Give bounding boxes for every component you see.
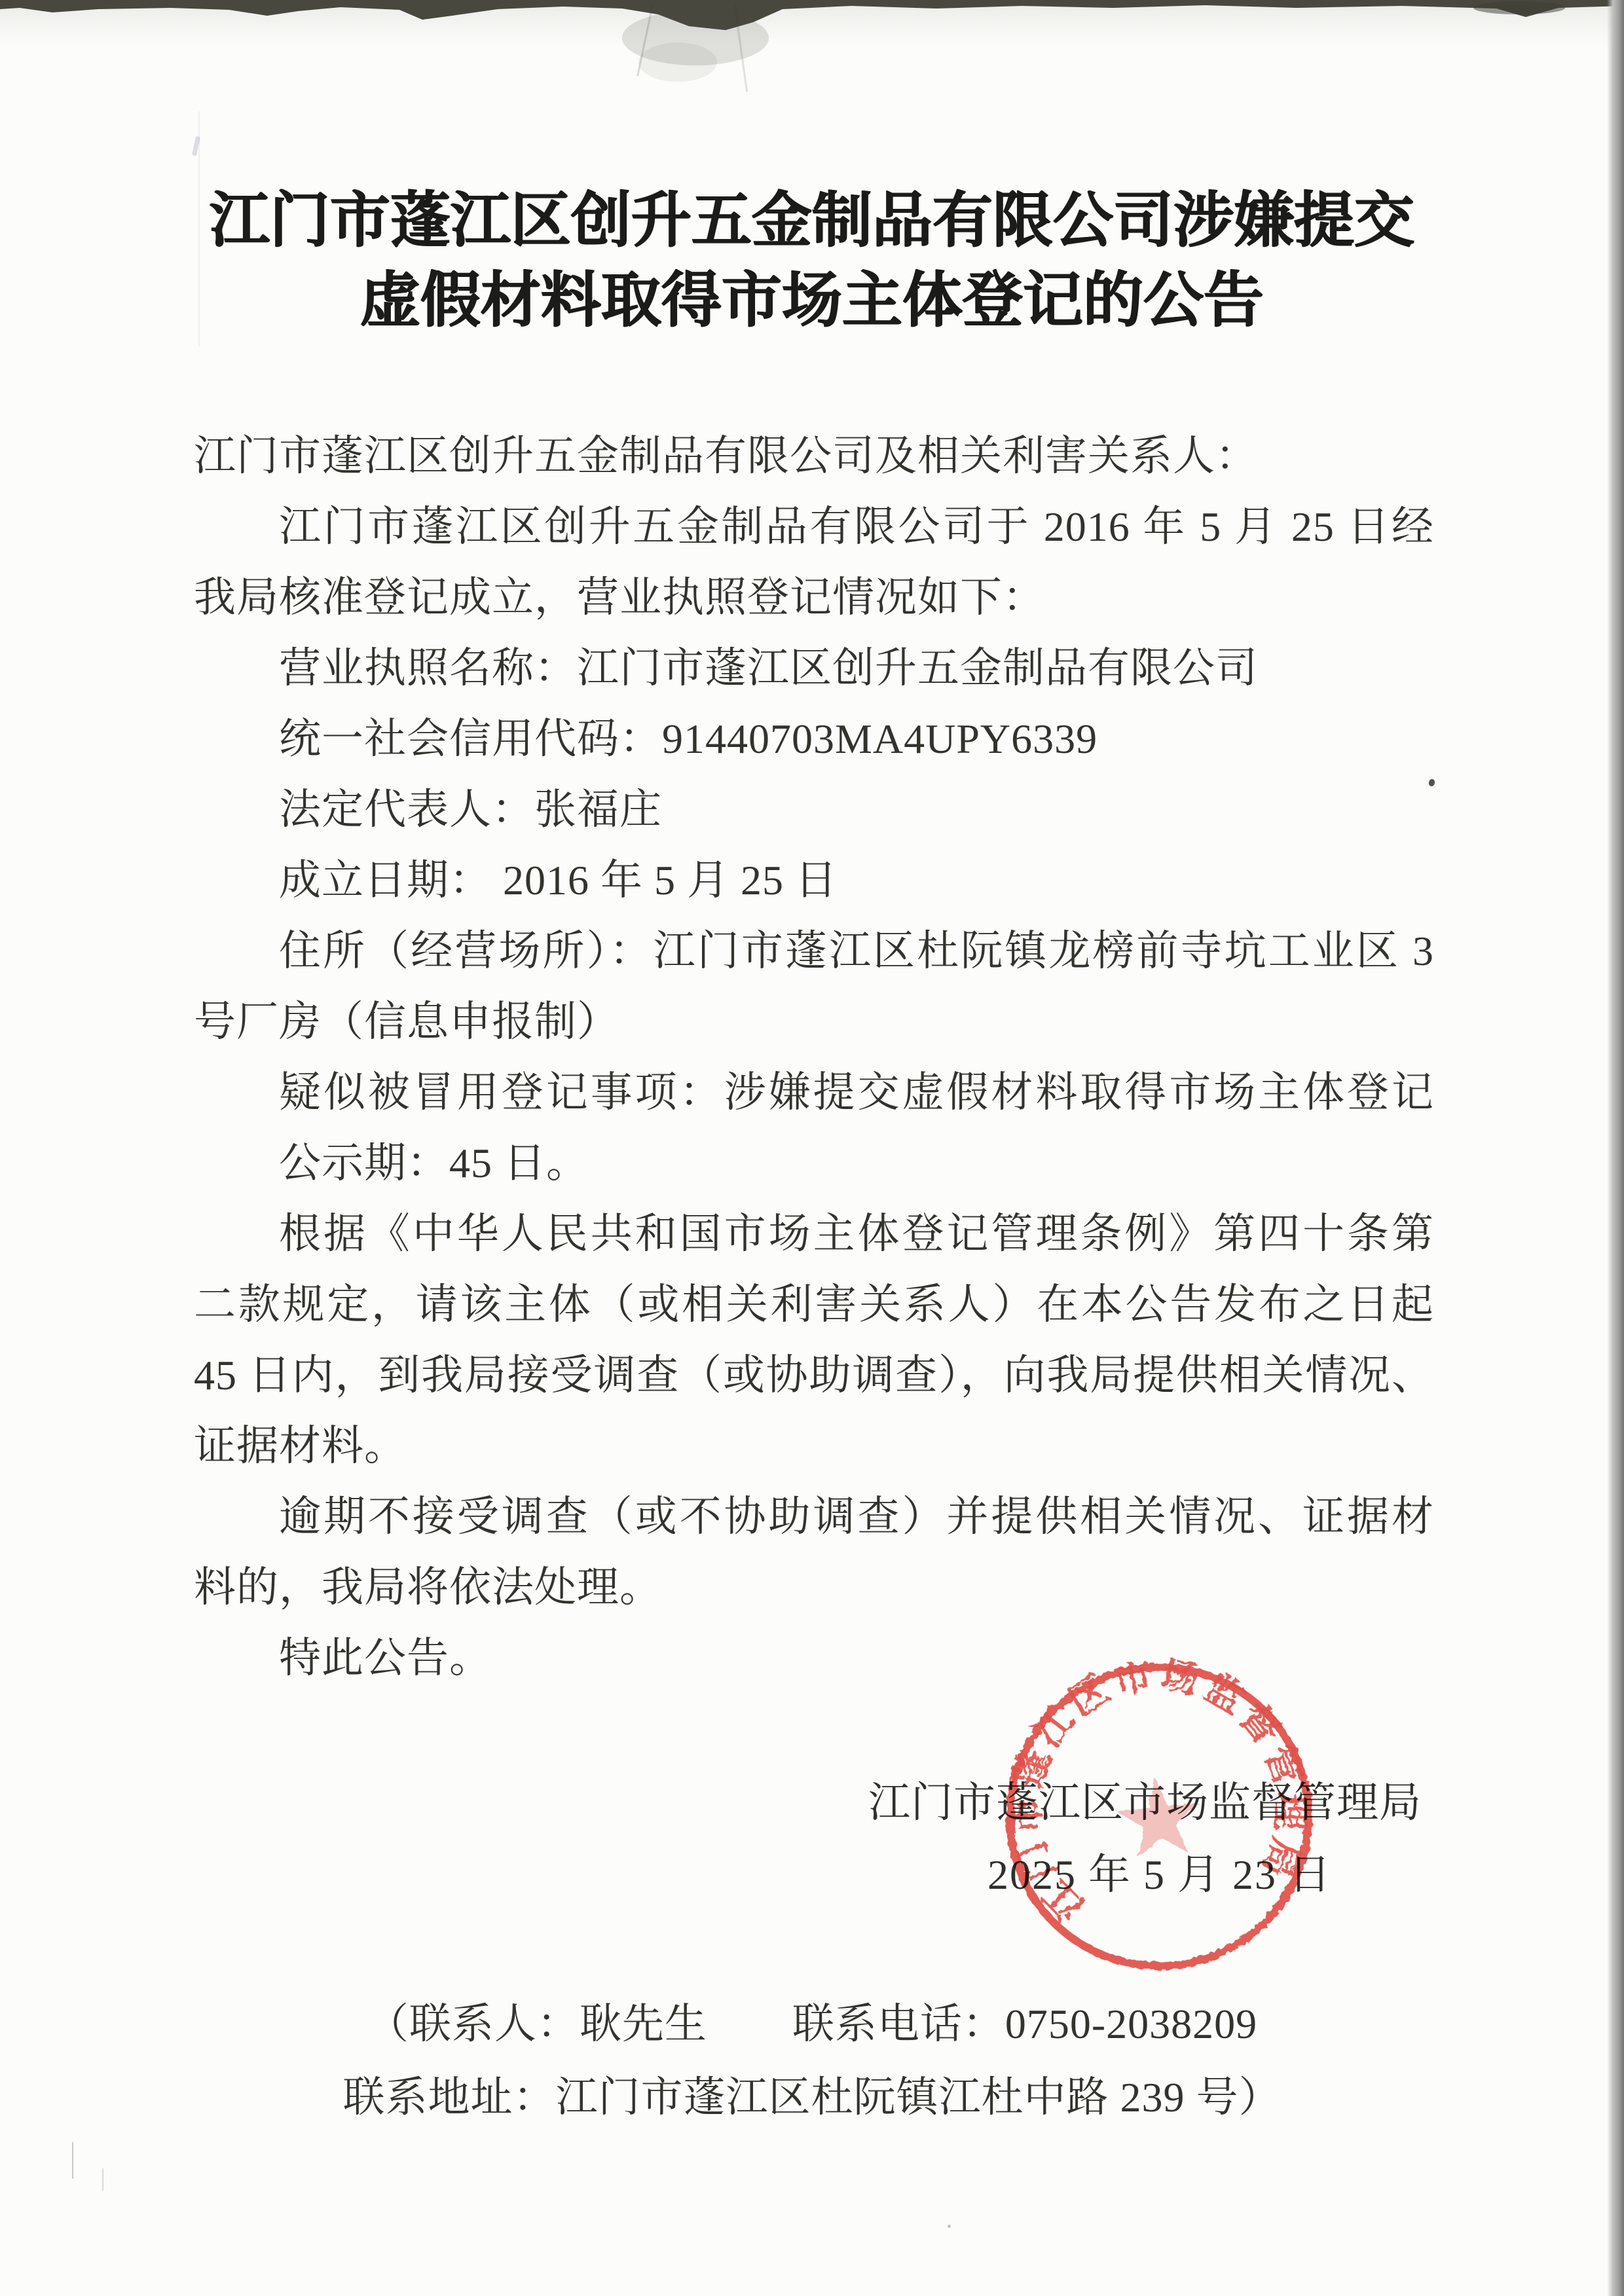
body-line: 我局核准登记成立，营业执照登记情况如下： bbox=[194, 562, 1434, 633]
body-line: 江门市蓬江区创升五金制品有限公司于 2016 年 5 月 25 日经 bbox=[194, 492, 1434, 562]
body-line-address: 住所（经营场所）：江门市蓬江区杜阮镇龙榜前寺坑工业区 3 bbox=[194, 916, 1434, 987]
body-line: 逾期不接受调查（或不协助调查）并提供相关情况、证据材 bbox=[194, 1482, 1434, 1552]
scan-speck bbox=[102, 2168, 103, 2191]
body-line: 料的，我局将依法处理。 bbox=[194, 1552, 1434, 1623]
scan-speck bbox=[948, 2225, 951, 2228]
signature-agency: 江门市蓬江区市场监督管理局 bbox=[868, 1769, 1422, 1829]
announcement-title-line-1: 江门市蓬江区创升五金制品有限公司涉嫌提交 bbox=[0, 172, 1624, 259]
body-line: 二款规定，请该主体（或相关利害关系人）在本公告发布之日起 bbox=[194, 1269, 1434, 1340]
contact-block: （联系人：耿先生 联系电话：0750-2038209 联系地址：江门市蓬江区杜阮… bbox=[0, 1988, 1624, 2134]
body-line: 根据《中华人民共和国市场主体登记管理条例》第四十条第 bbox=[194, 1199, 1434, 1269]
scan-speck bbox=[192, 136, 200, 156]
scan-top-shadow bbox=[0, 0, 1624, 46]
body-line-salutation: 江门市蓬江区创升五金制品有限公司及相关利害关系人： bbox=[194, 421, 1434, 492]
scanned-document-page: 江门市蓬江区创升五金制品有限公司涉嫌提交 虚假材料取得市场主体登记的公告 江门市… bbox=[0, 0, 1624, 2296]
body-line: 证据材料。 bbox=[194, 1411, 1434, 1482]
contact-line-person-phone: （联系人：耿先生 联系电话：0750-2038209 bbox=[0, 1988, 1624, 2061]
body-line-establish-date: 成立日期： 2016 年 5 月 25 日 bbox=[194, 845, 1434, 916]
announcement-title-line-2: 虚假材料取得市场主体登记的公告 bbox=[0, 252, 1624, 338]
announcement-body: 江门市蓬江区创升五金制品有限公司及相关利害关系人： 江门市蓬江区创升五金制品有限… bbox=[194, 421, 1434, 1694]
body-line-suspected-item: 疑似被冒用登记事项：涉嫌提交虚假材料取得市场主体登记 bbox=[194, 1057, 1434, 1128]
body-line-closing: 特此公告。 bbox=[194, 1623, 1434, 1694]
body-line-license-name: 营业执照名称：江门市蓬江区创升五金制品有限公司 bbox=[194, 633, 1434, 704]
body-line-publicity-period: 公示期：45 日。 bbox=[194, 1128, 1434, 1199]
scan-edge-strip bbox=[1607, 0, 1624, 2296]
body-line: 45 日内，到我局接受调查（或协助调查），向我局提供相关情况、 bbox=[194, 1340, 1434, 1411]
body-line-legal-representative: 法定代表人：张福庄 bbox=[194, 774, 1434, 845]
scan-speck bbox=[72, 2142, 73, 2179]
body-line-credit-code: 统一社会信用代码：91440703MA4UPY6339 bbox=[194, 704, 1434, 774]
signature-date: 2025 年 5 月 23 日 bbox=[987, 1841, 1332, 1901]
contact-line-address: 联系地址：江门市蓬江区杜阮镇江杜中路 239 号） bbox=[0, 2061, 1624, 2134]
body-line: 号厂房（信息申报制） bbox=[194, 987, 1434, 1057]
